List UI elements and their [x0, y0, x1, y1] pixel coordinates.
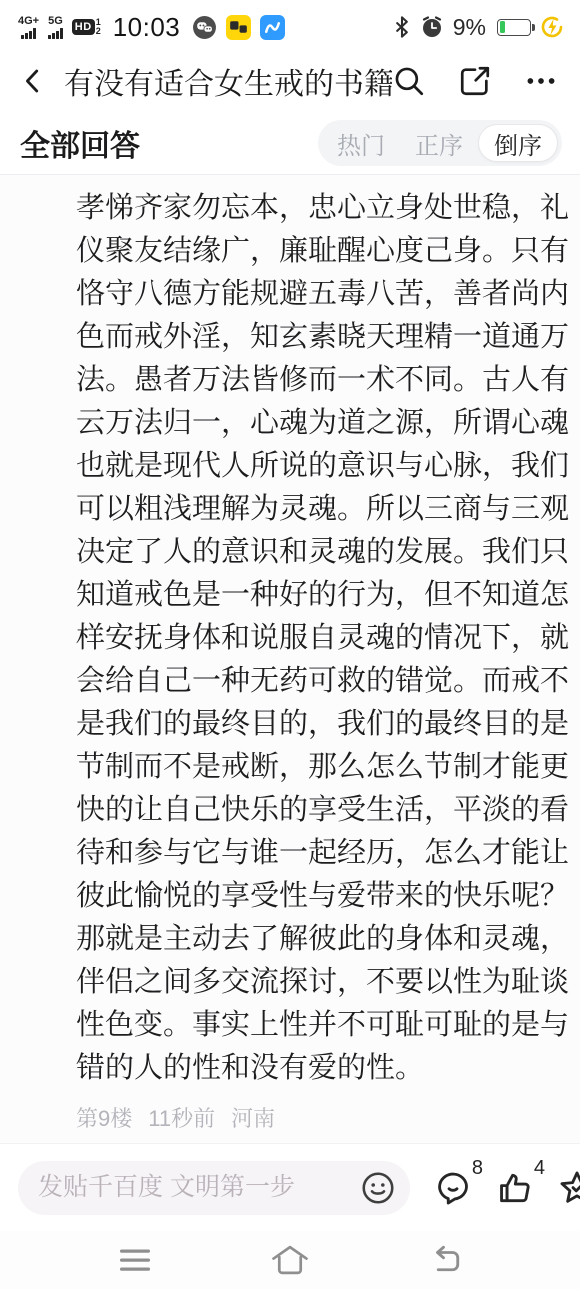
- blue-app-notification-icon: [260, 15, 285, 40]
- more-options-button[interactable]: [524, 64, 558, 98]
- wechat-notification-icon: [192, 15, 217, 40]
- charging-icon: [540, 15, 564, 39]
- page-title: 有没有适合女生戒的书籍: [64, 59, 392, 103]
- reply-input-pill[interactable]: [18, 1161, 410, 1215]
- time-ago-label: 11秒前: [148, 1102, 215, 1133]
- yellow-app-notification-icon: [226, 15, 251, 40]
- home-button[interactable]: [270, 1244, 310, 1276]
- network-type-label-2: 5G: [48, 16, 63, 27]
- network-type-label: 4G+: [18, 16, 39, 27]
- comment-count-badge: 8: [472, 1157, 483, 1180]
- like-button[interactable]: 4: [496, 1169, 534, 1207]
- bottom-toolbar: 8 4: [0, 1143, 580, 1231]
- back-button[interactable]: [18, 66, 48, 96]
- share-button[interactable]: [458, 64, 492, 98]
- recents-menu-button[interactable]: [117, 1245, 153, 1275]
- reply-meta: 第9楼 11秒前 河南: [76, 1102, 569, 1133]
- clock-time: 10:03: [113, 12, 181, 43]
- floor-label: 第9楼: [76, 1102, 132, 1133]
- sort-ascending-tab[interactable]: 正序: [400, 124, 478, 162]
- answers-section-title: 全部回答: [20, 121, 140, 165]
- bluetooth-icon: [393, 16, 411, 38]
- back-nav-button[interactable]: [427, 1245, 463, 1275]
- location-label: 河南: [231, 1102, 275, 1133]
- comments-button[interactable]: 8: [434, 1169, 472, 1207]
- status-bar: 4G+ 5G HD 1 2 10:03: [0, 0, 580, 50]
- top-nav-bar: 有没有适合女生戒的书籍: [0, 50, 580, 112]
- battery-icon: [497, 19, 531, 36]
- sort-hot-tab[interactable]: 热门: [322, 124, 400, 162]
- signal-4g-icon: 4G+: [18, 16, 39, 39]
- sort-segmented-control: 热门 正序 倒序: [318, 120, 562, 166]
- battery-percent-label: 9%: [453, 14, 486, 41]
- hd-volte-icon: HD 1 2: [72, 18, 101, 37]
- signal-5g-icon: 5G: [48, 16, 63, 39]
- sort-descending-tab[interactable]: 倒序: [478, 124, 558, 162]
- alarm-icon: [420, 15, 444, 39]
- reply-post: 孝悌齐家勿忘本，忠心立身处世稳，礼仪聚友结缘广，廉耻醒心度己身。只有恪守八德方能…: [0, 175, 580, 1143]
- system-navigation-bar: [0, 1231, 580, 1289]
- like-count-badge: 4: [534, 1157, 545, 1180]
- sim2-label: 2: [96, 27, 101, 36]
- favorite-star-button[interactable]: [558, 1169, 580, 1207]
- reply-body-text: 孝悌齐家勿忘本，忠心立身处世稳，礼仪聚友结缘广，廉耻醒心度己身。只有恪守八德方能…: [76, 187, 569, 1090]
- answers-header: 全部回答 热门 正序 倒序: [0, 112, 580, 174]
- emoji-icon[interactable]: [360, 1170, 396, 1206]
- search-button[interactable]: [392, 64, 426, 98]
- reply-input[interactable]: [38, 1173, 360, 1202]
